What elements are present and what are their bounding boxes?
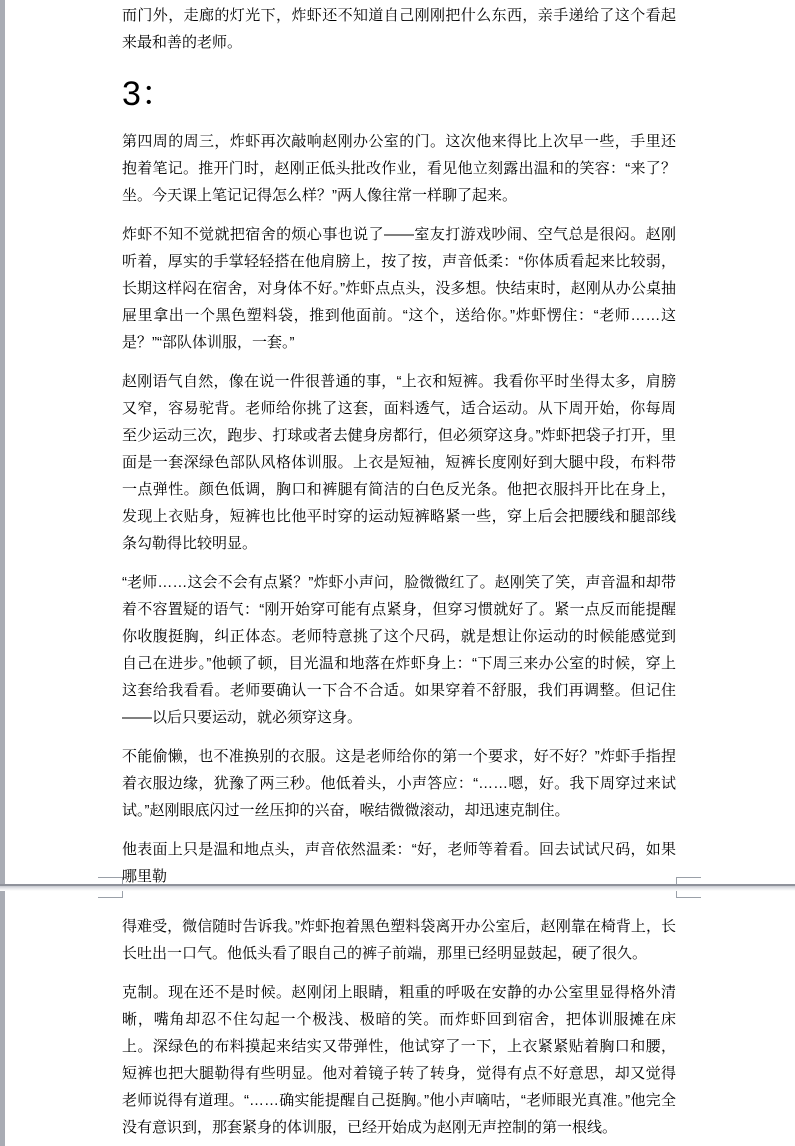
paragraph[interactable]: 第四周的周三，炸虾再次敲响赵刚办公室的门。这次他来得比上次早一些，手里还抱着笔记… xyxy=(122,128,676,209)
page-margin-crop-mark xyxy=(676,877,701,884)
paragraph[interactable]: 不能偷懒，也不准换别的衣服。这是老师给你的第一个要求，好不好？”炸虾手指捏着衣服… xyxy=(122,743,676,824)
paragraph[interactable]: 克制。现在还不是时候。赵刚闭上眼睛，粗重的呼吸在安静的办公室里显得格外清晰，嘴角… xyxy=(122,979,676,1141)
paragraph[interactable]: 炸虾不知不觉就把宿舍的烦心事也说了——室友打游戏吵闹、空气总是很闷。赵刚听着，厚… xyxy=(122,221,676,356)
page-margin-crop-mark xyxy=(98,891,123,898)
paragraph[interactable]: 赵刚语气自然，像在说一件很普通的事，“上衣和短裤。我看你平时坐得太多，肩膀又窄，… xyxy=(122,368,676,557)
paragraph[interactable]: “老师……这会不会有点紧？”炸虾小声问，脸微微红了。赵刚笑了笑，声音温和却带着不… xyxy=(122,569,676,731)
paragraph[interactable]: 得难受，微信随时告诉我。”炸虾抱着黑色塑料袋离开办公室后，赵刚靠在椅背上，长长吐… xyxy=(122,913,676,967)
page-break[interactable] xyxy=(0,884,795,891)
page-margin-crop-mark xyxy=(98,877,123,884)
paragraph[interactable]: 他表面上只是温和地点头，声音依然温柔：“好，老师等着看。回去试试尺码，如果哪里勒 xyxy=(122,836,676,884)
section-heading[interactable]: 3： xyxy=(122,72,676,116)
app-background-strip xyxy=(0,0,5,1146)
page-margin-crop-mark xyxy=(676,891,701,898)
paragraph[interactable]: 而门外，走廊的灯光下，炸虾还不知道自己刚刚把什么东西，亲手递给了这个看起来最和善… xyxy=(122,2,676,56)
page-1[interactable]: 而门外，走廊的灯光下，炸虾还不知道自己刚刚把什么东西，亲手递给了这个看起来最和善… xyxy=(0,0,795,884)
page-gap-band xyxy=(0,884,795,891)
document-canvas: 而门外，走廊的灯光下，炸虾还不知道自己刚刚把什么东西，亲手递给了这个看起来最和善… xyxy=(0,0,795,1146)
page-2[interactable]: 得难受，微信随时告诉我。”炸虾抱着黑色塑料袋离开办公室后，赵刚靠在椅背上，长长吐… xyxy=(0,891,795,1146)
